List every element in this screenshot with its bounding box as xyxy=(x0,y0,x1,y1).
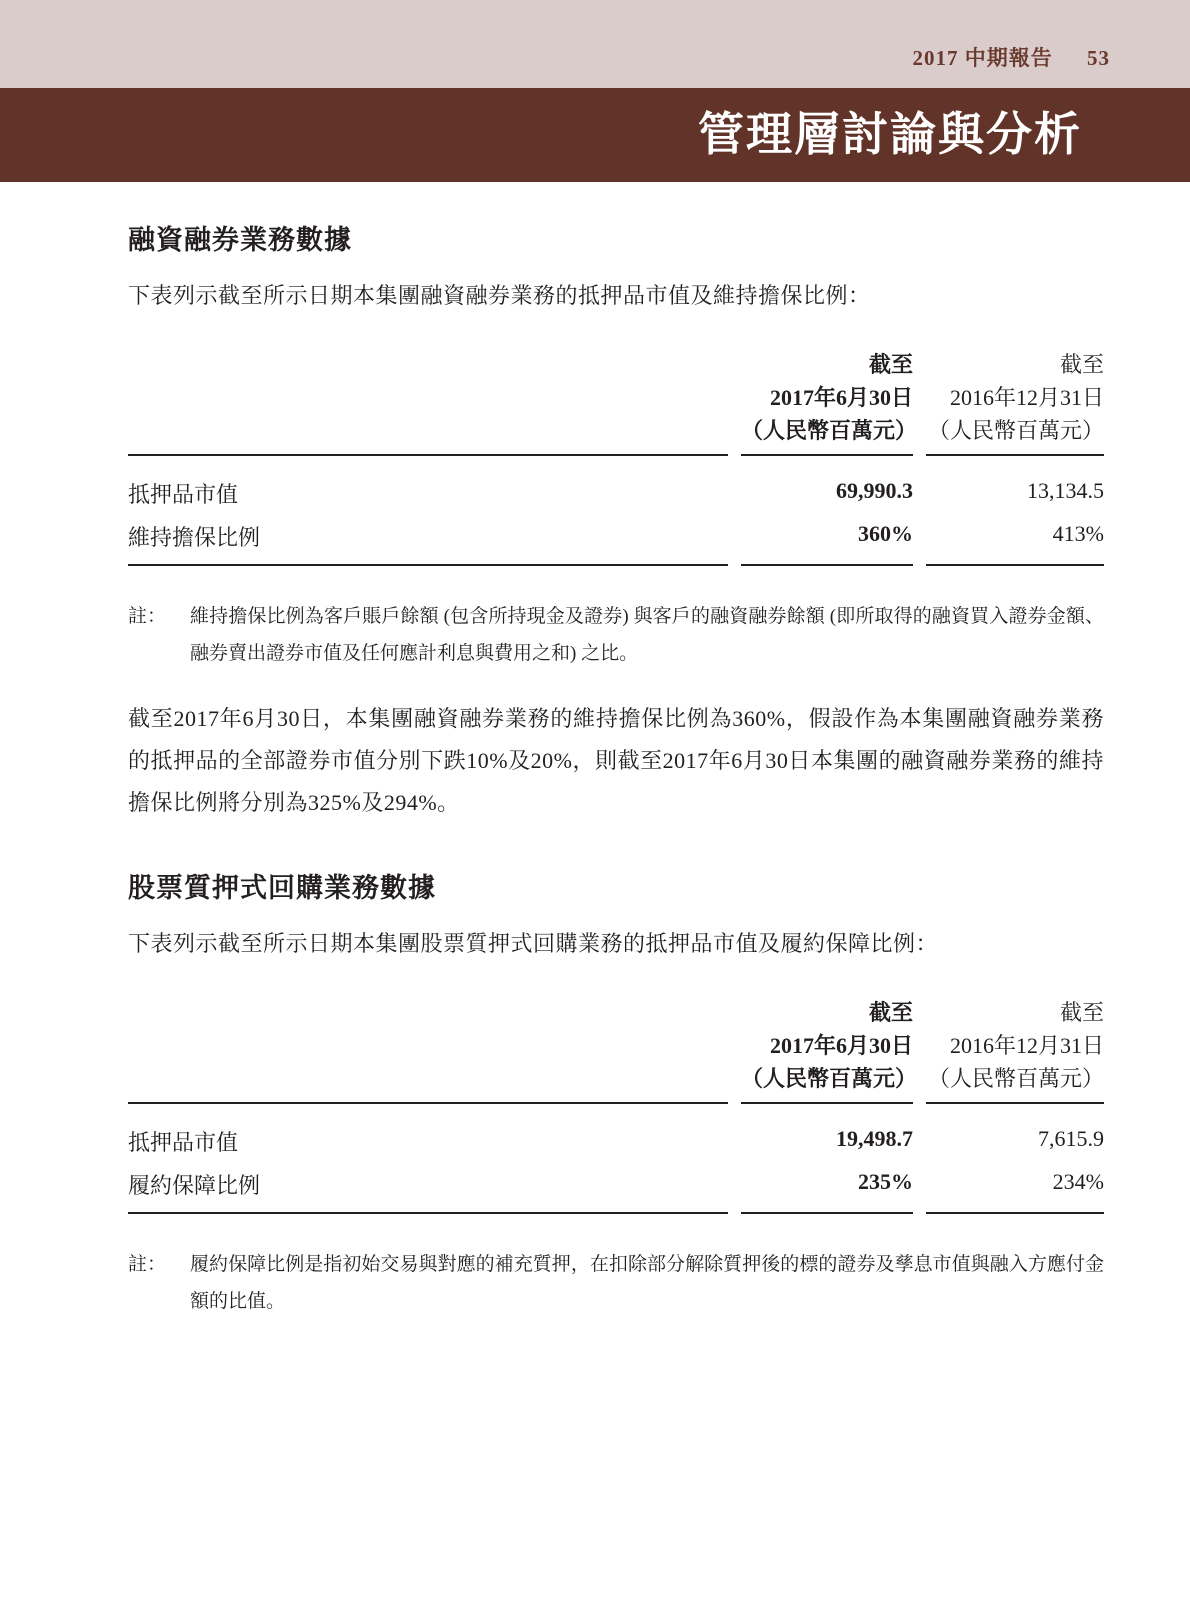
table-header-2016: 截至 2016年12月31日 （人民幣百萬元） xyxy=(926,996,1104,1104)
note-text: 維持擔保比例為客戶賬戶餘額 (包含所持現金及證券) 與客戶的融資融券餘額 (即所… xyxy=(190,598,1104,672)
row-label: 抵押品市值 xyxy=(128,456,728,509)
table-header-2017: 截至 2017年6月30日 （人民幣百萬元） xyxy=(741,996,913,1104)
header-date-2016: 2016年12月31日 xyxy=(926,381,1104,414)
header-asat-2016: 截至 xyxy=(926,996,1104,1029)
chapter-banner: 管理層討論與分析 xyxy=(0,88,1190,182)
header-date-2016: 2016年12月31日 xyxy=(926,1029,1104,1062)
row-value-2016: 234% xyxy=(926,1157,1104,1214)
page-number: 53 xyxy=(1087,46,1110,70)
table-header-2017: 截至 2017年6月30日 （人民幣百萬元） xyxy=(741,348,913,456)
note-text: 履約保障比例是指初始交易與對應的補充質押，在扣除部分解除質押後的標的證券及孳息市… xyxy=(190,1246,1104,1320)
header-meta: 2017 中期報告 53 xyxy=(913,42,1111,72)
section-heading-margin-financing: 融資融券業務數據 xyxy=(128,218,1104,257)
header-asat-2017: 截至 xyxy=(741,996,913,1029)
report-page: 2017 中期報告 53 管理層討論與分析 融資融券業務數據 下表列示截至所示日… xyxy=(0,0,1190,1615)
header-unit-2017: （人民幣百萬元） xyxy=(741,1062,913,1095)
row-label: 維持擔保比例 xyxy=(128,509,728,566)
table-header-label-col xyxy=(128,996,728,1104)
paragraph-sensitivity: 截至2017年6月30日，本集團融資融券業務的維持擔保比例為360%，假設作為本… xyxy=(128,698,1104,824)
header-unit-2016: （人民幣百萬元） xyxy=(926,1062,1104,1095)
section-heading-stock-repo: 股票質押式回購業務數據 xyxy=(128,866,1104,905)
note-label: 註： xyxy=(128,1246,190,1320)
header-date-2017: 2017年6月30日 xyxy=(741,1029,913,1062)
table-header-label-col xyxy=(128,348,728,456)
intro-margin-financing: 下表列示截至所示日期本集團融資融券業務的抵押品市值及維持擔保比例： xyxy=(128,279,1104,310)
row-label: 履約保障比例 xyxy=(128,1157,728,1214)
page-header-band: 2017 中期報告 53 xyxy=(0,0,1190,88)
row-value-2017: 235% xyxy=(741,1157,913,1214)
header-asat-2016: 截至 xyxy=(926,348,1104,381)
row-value-2016: 13,134.5 xyxy=(926,456,1104,509)
row-value-2017: 69,990.3 xyxy=(741,456,913,509)
row-value-2016: 7,615.9 xyxy=(926,1104,1104,1157)
header-asat-2017: 截至 xyxy=(741,348,913,381)
note-label: 註： xyxy=(128,598,190,672)
row-value-2017: 360% xyxy=(741,509,913,566)
row-value-2017: 19,498.7 xyxy=(741,1104,913,1157)
note-stock-repo: 註： 履約保障比例是指初始交易與對應的補充質押，在扣除部分解除質押後的標的證券及… xyxy=(128,1246,1104,1320)
margin-financing-table: 截至 2017年6月30日 （人民幣百萬元） 截至 2016年12月31日 （人… xyxy=(128,348,1104,566)
chapter-title: 管理層討論與分析 xyxy=(698,112,1082,158)
intro-stock-repo: 下表列示截至所示日期本集團股票質押式回購業務的抵押品市值及履約保障比例： xyxy=(128,927,1104,958)
note-margin-financing: 註： 維持擔保比例為客戶賬戶餘額 (包含所持現金及證券) 與客戶的融資融券餘額 … xyxy=(128,598,1104,672)
row-value-2016: 413% xyxy=(926,509,1104,566)
page-content: 融資融券業務數據 下表列示截至所示日期本集團融資融券業務的抵押品市值及維持擔保比… xyxy=(0,182,1190,1320)
header-unit-2017: （人民幣百萬元） xyxy=(741,414,913,447)
table-header-2016: 截至 2016年12月31日 （人民幣百萬元） xyxy=(926,348,1104,456)
header-date-2017: 2017年6月30日 xyxy=(741,381,913,414)
stock-repo-table: 截至 2017年6月30日 （人民幣百萬元） 截至 2016年12月31日 （人… xyxy=(128,996,1104,1214)
report-title: 2017 中期報告 xyxy=(913,46,1053,70)
row-label: 抵押品市值 xyxy=(128,1104,728,1157)
header-unit-2016: （人民幣百萬元） xyxy=(926,414,1104,447)
